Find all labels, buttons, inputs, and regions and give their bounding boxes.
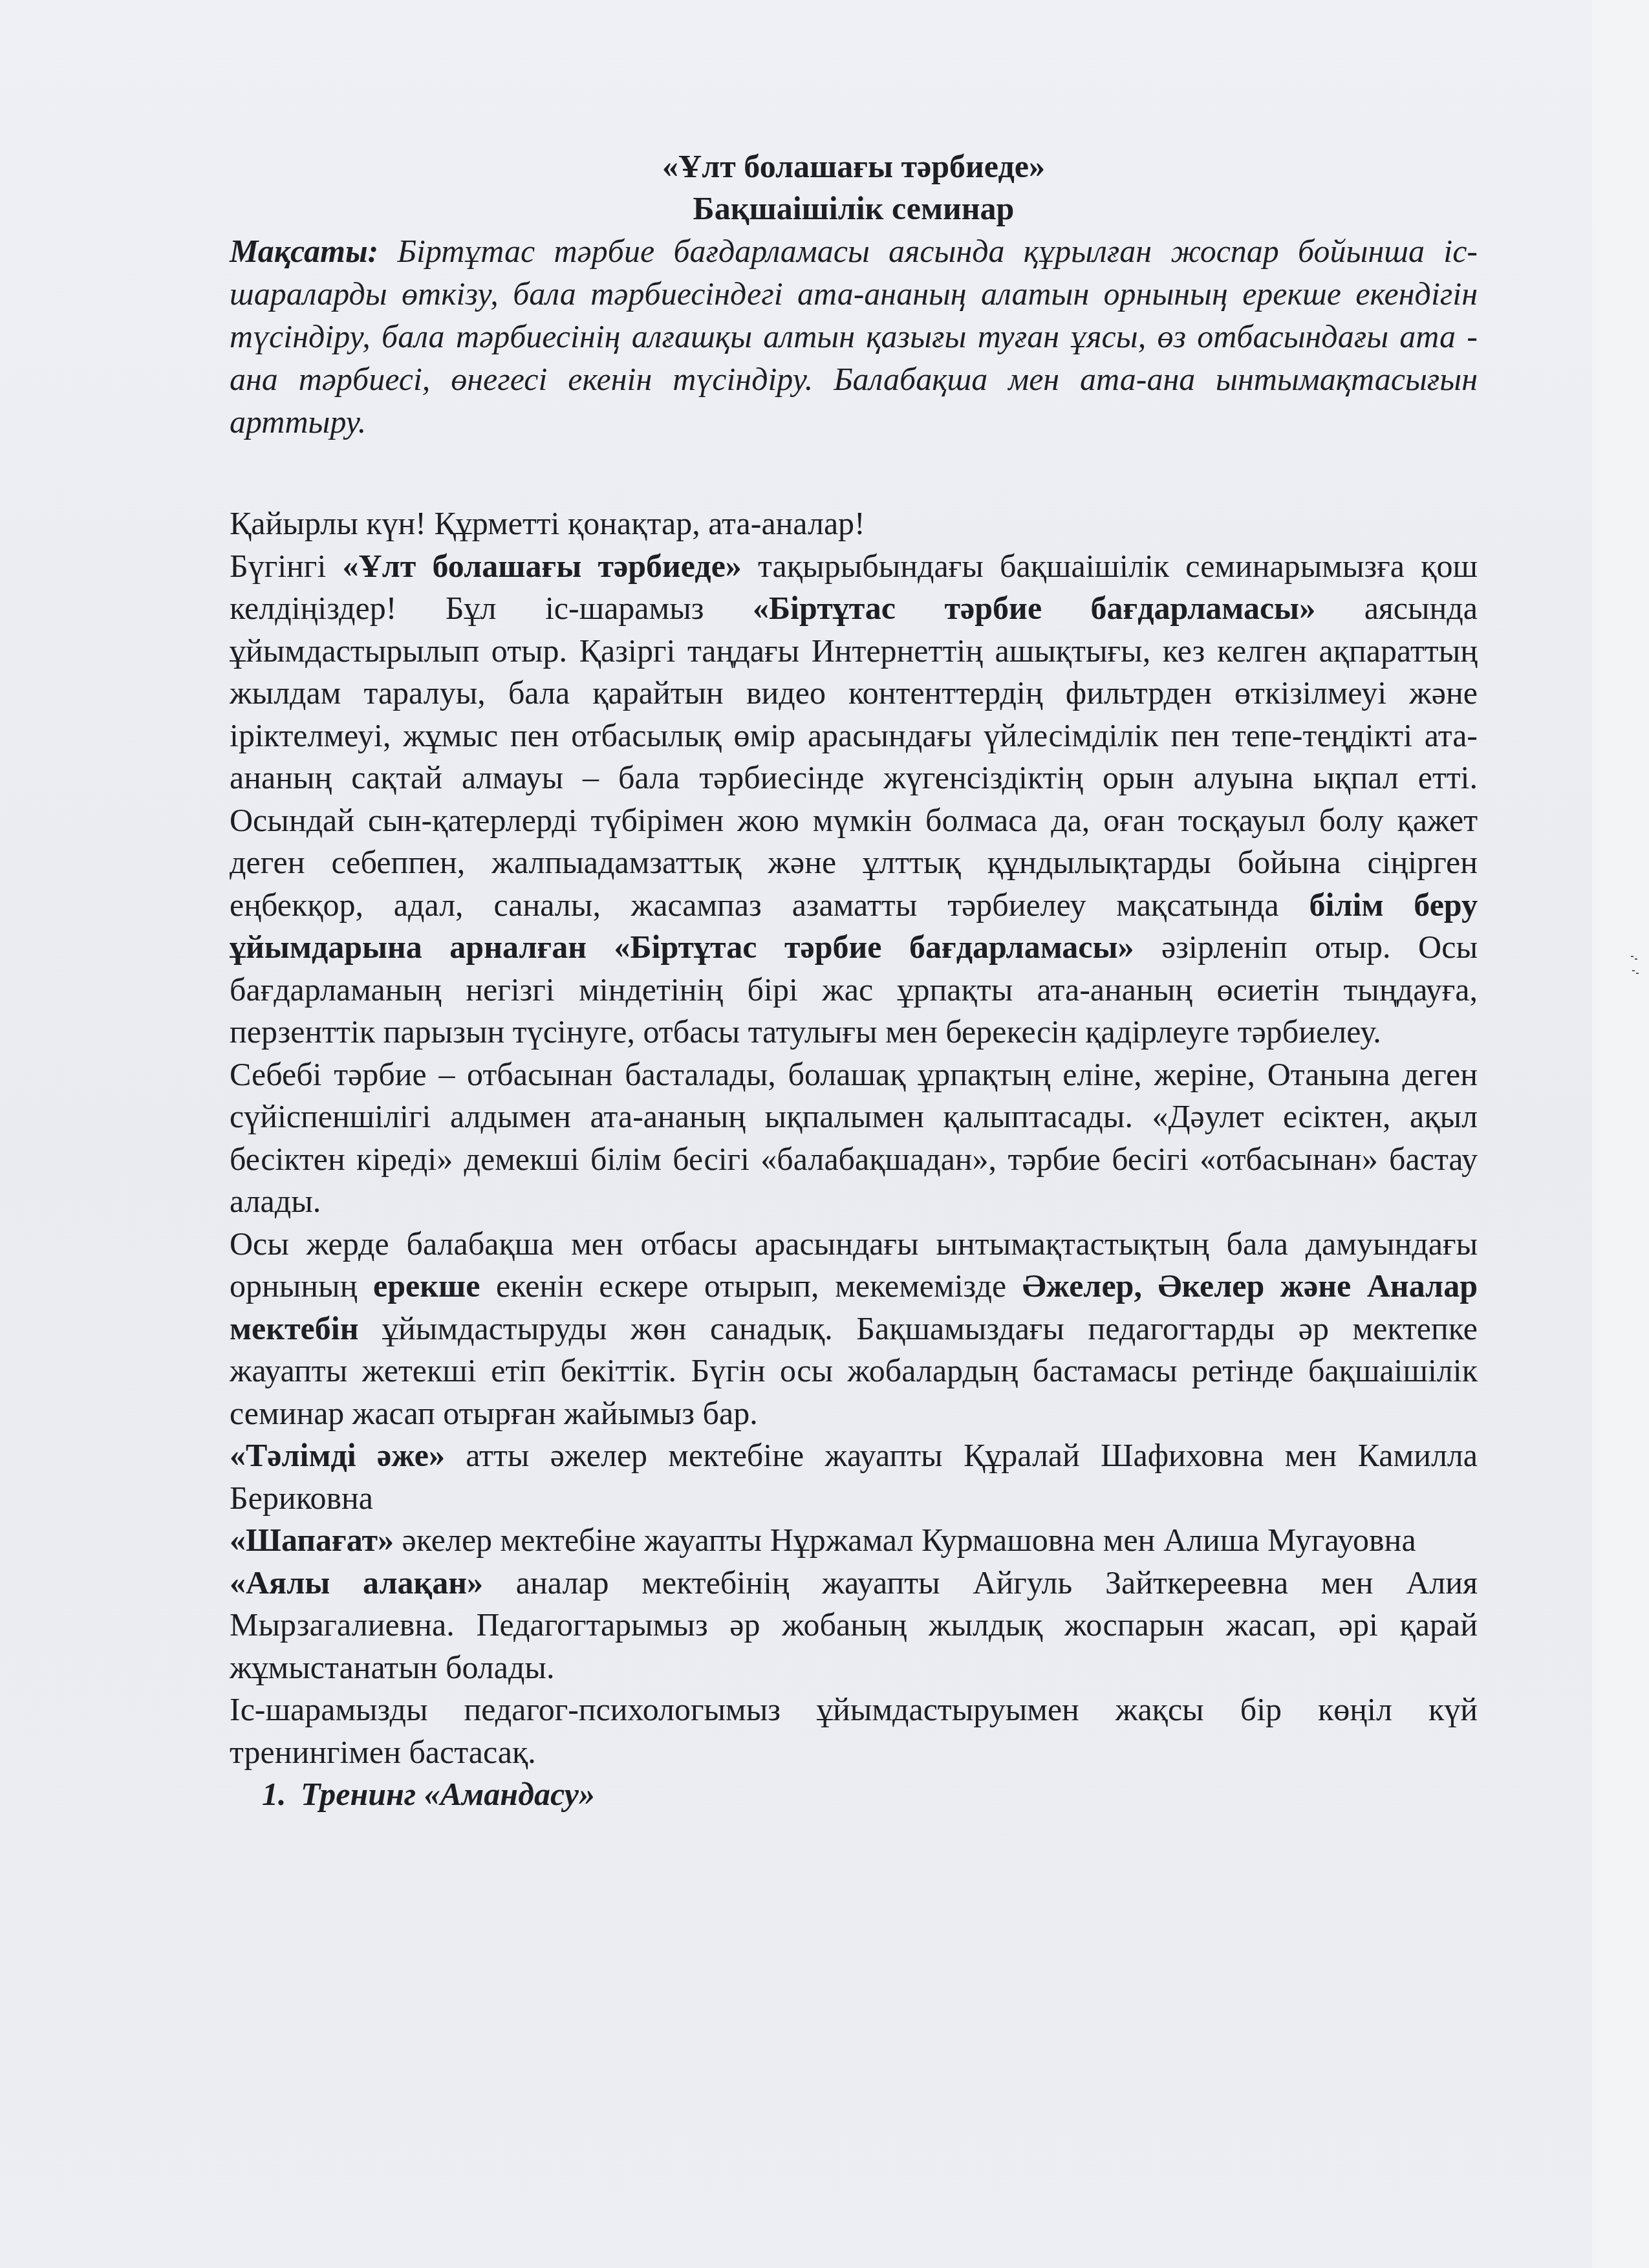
document-body: «Ұлт болашағы тәрбиеде» Бақшаішілік семи… bbox=[230, 146, 1478, 1816]
paragraph-training-intro: Іс-шарамызды педагог-психологымыз ұйымда… bbox=[230, 1689, 1478, 1773]
list-number: 1. bbox=[262, 1773, 301, 1816]
goal-label: Мақсаты: bbox=[230, 233, 378, 269]
scan-edge bbox=[1592, 0, 1649, 2268]
school-item: «Тәлімді әже» атты әжелер мектебіне жауа… bbox=[230, 1434, 1478, 1519]
paragraph-schools-intro: Осы жерде балабақша мен отбасы арасындағ… bbox=[230, 1223, 1478, 1435]
paragraph-family: Себебі тәрбие – отбасынан басталады, бол… bbox=[230, 1053, 1478, 1223]
goal-text: Біртұтас тәрбие бағдарламасы аясында құр… bbox=[230, 233, 1478, 440]
scanned-page: «Ұлт болашағы тәрбиеде» Бақшаішілік семи… bbox=[0, 0, 1592, 2268]
numbered-list-item: 1.Тренинг «Амандасу» bbox=[262, 1773, 1478, 1816]
goal-paragraph: Мақсаты: Біртұтас тәрбие бағдарламасы ая… bbox=[230, 230, 1478, 443]
speech-text: Қайырлы күн! Құрметті қонақтар, ата-анал… bbox=[230, 502, 1478, 1816]
title-line-1: «Ұлт болашағы тәрбиеде» bbox=[230, 146, 1478, 188]
text-run: Бүгінгі bbox=[230, 548, 343, 584]
school-item: «Аялы алақан» аналар мектебінің жауапты … bbox=[230, 1562, 1478, 1689]
school-name: «Тәлімді әже» bbox=[230, 1437, 445, 1473]
document-title: «Ұлт болашағы тәрбиеде» Бақшаішілік семи… bbox=[230, 146, 1478, 230]
text-run: ұйымдастыруды жөн санадық. Бақшамыздағы … bbox=[230, 1310, 1478, 1431]
bold-run: «Біртұтас тәрбие бағдарламасы» bbox=[753, 590, 1315, 626]
list-label: Тренинг «Амандасу» bbox=[301, 1776, 595, 1812]
title-line-2: Бақшаішілік семинар bbox=[230, 188, 1478, 230]
bold-run: «Ұлт болашағы тәрбиеде» bbox=[343, 548, 742, 584]
text-run: аясында ұйымдастырылып отыр. Қазіргі таң… bbox=[230, 590, 1478, 923]
school-name: «Аялы алақан» bbox=[230, 1564, 483, 1601]
bold-run: ерекше bbox=[373, 1268, 480, 1304]
school-text: әкелер мектебіне жауапты Нұржамал Курмаш… bbox=[394, 1522, 1416, 1558]
scan-specks bbox=[1630, 951, 1643, 983]
school-name: «Шапағат» bbox=[230, 1522, 394, 1558]
school-item: «Шапағат» әкелер мектебіне жауапты Нұржа… bbox=[230, 1519, 1478, 1562]
greeting: Қайырлы күн! Құрметті қонақтар, ата-анал… bbox=[230, 502, 1478, 545]
text-run: екенін ескере отырып, мекемемізде bbox=[480, 1268, 1022, 1304]
paragraph-intro: Бүгінгі «Ұлт болашағы тәрбиеде» тақырыбы… bbox=[230, 545, 1478, 1053]
